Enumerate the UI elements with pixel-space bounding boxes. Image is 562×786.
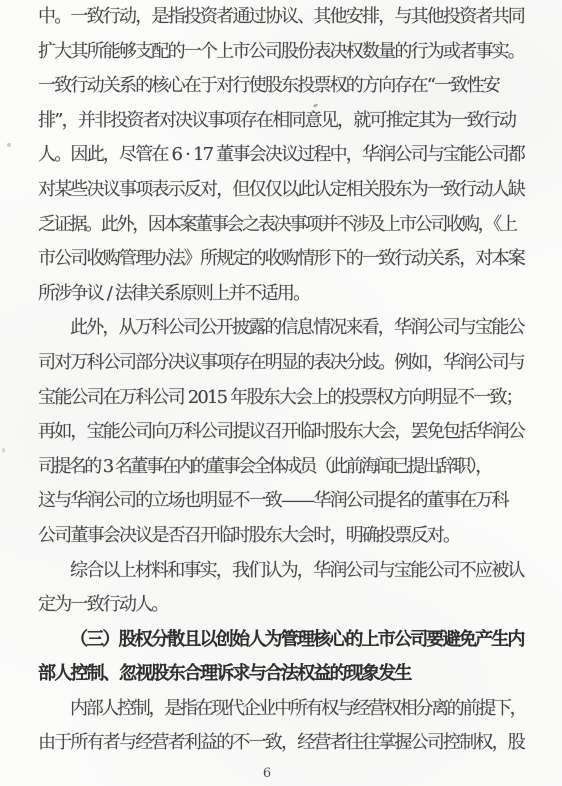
text-line: 公司董事会决议是否召开临时股东大会时，明确投票反对。 bbox=[38, 519, 524, 554]
text-line: 这与华润公司的立场也明显不一致——华润公司提名的董事在万科 bbox=[38, 484, 524, 519]
text-line: 中。一致行动，是指投资者通过协议、其他安排，与其他投资者共同 bbox=[38, 0, 524, 35]
page-number: 6 bbox=[0, 766, 548, 781]
document-page: 中。一致行动，是指投资者通过协议、其他安排，与其他投资者共同 扩大其所能够支配的… bbox=[0, 0, 562, 786]
text-line: 此外，从万科公司公开披露的信息情况来看，华润公司与宝能公 bbox=[38, 311, 524, 346]
text-line: 宝能公司在万科公司 2015 年股东大会上的投票权方向明显不一致； bbox=[38, 381, 524, 416]
scan-speck bbox=[2, 448, 5, 453]
text-line: 司提名的 3 名董事在内的董事会全体成员（此前海闻已提出辞职）， bbox=[38, 450, 524, 485]
scan-speck bbox=[7, 143, 11, 147]
text-line: 乏证据。此外，因本案董事会之表决事项并不涉及上市公司收购，《上 bbox=[38, 208, 524, 243]
text-line: 再如，宝能公司向万科公司提议召开临时股东大会，罢免包括华润公 bbox=[38, 415, 524, 450]
text-line: 扩大其所能够支配的一个上市公司股份表决权数量的行为或者事实。 bbox=[38, 35, 524, 70]
text-line: 一致行动关系的核心在于对行使股东投票权的方向存在“一致性安 bbox=[38, 69, 524, 104]
heading-line: （三）股权分散且以创始人为管理核心的上市公司要避免产生内 bbox=[38, 623, 524, 658]
heading-line: 部人控制、忽视股东合理诉求与合法权益的现象发生 bbox=[38, 657, 524, 692]
text-line: 人。因此，尽管在 6 · 17 董事会决议过程中，华润公司与宝能公司都 bbox=[38, 138, 524, 173]
text-line: 定为一致行动人。 bbox=[38, 588, 524, 623]
text-line: 综合以上材料和事实，我们认为，华润公司与宝能公司不应被认 bbox=[38, 554, 524, 589]
text-line: 排”，并非投资者对决议事项存在相同意见，就可推定其为一致行动 bbox=[38, 104, 524, 139]
text-line: 由于所有者与经营者利益的不一致，经营者往往掌握公司控制权，股 bbox=[38, 726, 524, 761]
text-line: 市公司收购管理办法》所规定的收购情形下的一致行动关系，对本案 bbox=[38, 242, 524, 277]
text-block: 中。一致行动，是指投资者通过协议、其他安排，与其他投资者共同 扩大其所能够支配的… bbox=[38, 0, 524, 761]
text-line: 对某些决议事项表示反对，但仅仅以此认定相关股东为一致行动人缺 bbox=[38, 173, 524, 208]
text-line: 所涉争议 / 法律关系原则上并不适用。 bbox=[38, 277, 524, 312]
text-line: 司对万科公司部分决议事项存在明显的表决分歧。例如，华润公司与 bbox=[38, 346, 524, 381]
text-line: 内部人控制，是指在现代企业中所有权与经营权相分离的前提下， bbox=[38, 692, 524, 727]
